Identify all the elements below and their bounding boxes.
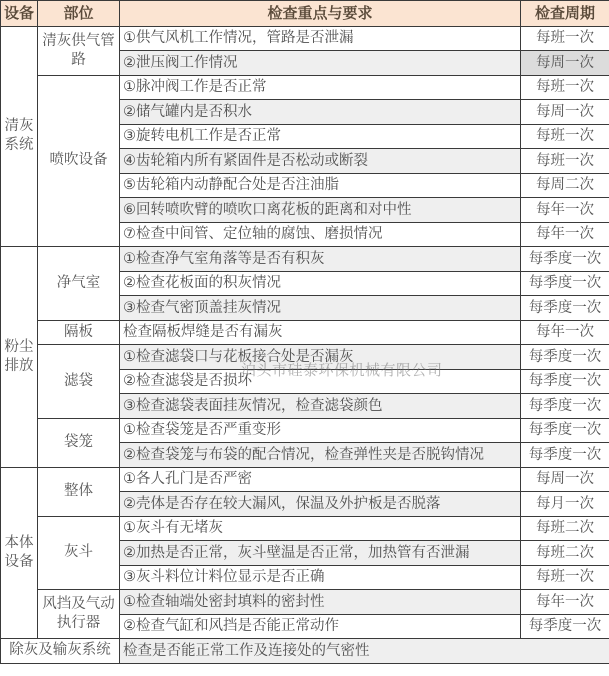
period-cell: 每班一次 (521, 149, 609, 174)
requirement-cell: ③旋转电机工作是否正常 (120, 124, 521, 149)
period-cell: 每班二次 (521, 516, 609, 541)
requirement-cell: ①检查净气室角落等是否有积灰 (120, 247, 521, 272)
part-cell: 清灰供气管路 (38, 26, 120, 75)
part-cell: 整体 (38, 467, 120, 516)
requirement-cell: 检查是否能正常工作及连接处的气密性 (120, 639, 609, 664)
requirement-cell: ①供气风机工作情况，管路是否泄漏 (120, 26, 521, 51)
requirement-cell: ③检查气密顶盖挂灰情况 (120, 296, 521, 321)
period-cell: 每季度一次 (521, 271, 609, 296)
period-cell: 每周二次 (521, 173, 609, 198)
requirement-cell: ①检查滤袋口与花板接合处是否漏灰 (120, 345, 521, 370)
requirement-cell: ①检查袋笼是否严重变形 (120, 418, 521, 443)
period-cell: 每季度一次 (521, 443, 609, 468)
period-cell: 每班一次 (521, 565, 609, 590)
device-cell: 粉尘排放 (1, 247, 38, 468)
part-cell: 袋笼 (38, 418, 120, 467)
requirement-cell: ⑦检查中间管、定位轴的腐蚀、磨损情况 (120, 222, 521, 247)
header-period: 检查周期 (521, 1, 609, 27)
period-cell: 每季度一次 (521, 369, 609, 394)
period-cell: 每年一次 (521, 320, 609, 345)
requirement-cell: ④齿轮箱内所有紧固件是否松动或断裂 (120, 149, 521, 174)
period-cell: 每月一次 (521, 492, 609, 517)
period-cell: 每班一次 (521, 124, 609, 149)
period-cell: 每年一次 (521, 590, 609, 615)
requirement-cell: ①检查轴端处密封填料的密封性 (120, 590, 521, 615)
requirement-cell: ①灰斗有无堵灰 (120, 516, 521, 541)
table-row: 滤袋 ①检查滤袋口与花板接合处是否漏灰 每季度一次 (1, 345, 609, 370)
header-device: 设备 (1, 1, 38, 27)
table-row: 清灰系统 清灰供气管路 ①供气风机工作情况，管路是否泄漏 每班一次 (1, 26, 609, 51)
period-cell: 每周一次 (521, 51, 609, 76)
part-cell: 风挡及气动执行器 (38, 590, 120, 639)
table-row: 除灰及输灰系统 检查是否能正常工作及连接处的气密性 (1, 639, 609, 664)
requirement-cell: ②加热是否正常，灰斗壁温是否正常，加热管有否泄漏 (120, 541, 521, 566)
period-cell: 每季度一次 (521, 345, 609, 370)
part-cell: 净气室 (38, 247, 120, 321)
period-cell: 每班一次 (521, 26, 609, 51)
period-cell: 每班一次 (521, 75, 609, 100)
period-cell: 每年一次 (521, 198, 609, 223)
table-row: 隔板 检查隔板焊缝是否有漏灰 每年一次 (1, 320, 609, 345)
part-cell: 隔板 (38, 320, 120, 345)
period-cell: 每季度一次 (521, 247, 609, 272)
requirement-cell: ②壳体是否存在较大漏风，保温及外护板是否脱落 (120, 492, 521, 517)
table-row: 袋笼 ①检查袋笼是否严重变形 每季度一次 (1, 418, 609, 443)
part-cell: 喷吹设备 (38, 75, 120, 247)
table-row: 灰斗 ①灰斗有无堵灰 每班二次 (1, 516, 609, 541)
requirement-cell: ②检查袋笼与布袋的配合情况，检查弹性夹是否脱钩情况 (120, 443, 521, 468)
header-part: 部位 (38, 1, 120, 27)
requirement-cell: ②检查滤袋是否损坏 (120, 369, 521, 394)
requirement-cell: 检查隔板焊缝是否有漏灰 (120, 320, 521, 345)
table-row: 粉尘排放 净气室 ①检查净气室角落等是否有积灰 每季度一次 (1, 247, 609, 272)
requirement-cell: ⑥回转喷吹臂的喷吹口离花板的距离和对中性 (120, 198, 521, 223)
period-cell: 每季度一次 (521, 614, 609, 639)
requirement-cell: ③灰斗料位计料位显示是否正确 (120, 565, 521, 590)
requirement-cell: ②储气罐内是否积水 (120, 100, 521, 125)
period-cell: 每季度一次 (521, 296, 609, 321)
period-cell: 每季度一次 (521, 418, 609, 443)
header-row: 设备 部位 检查重点与要求 检查周期 (1, 1, 609, 27)
table-row: 风挡及气动执行器 ①检查轴端处密封填料的密封性 每年一次 (1, 590, 609, 615)
part-cell: 滤袋 (38, 345, 120, 419)
period-cell: 每周一次 (521, 100, 609, 125)
period-cell: 每年一次 (521, 222, 609, 247)
period-cell: 每周一次 (521, 467, 609, 492)
requirement-cell: ③检查滤袋表面挂灰情况，检查滤袋颜色 (120, 394, 521, 419)
requirement-cell: ①各人孔门是否严密 (120, 467, 521, 492)
requirement-cell: ②检查气缸和风挡是否能正常动作 (120, 614, 521, 639)
table-row: 喷吹设备 ①脉冲阀工作是否正常 每班一次 (1, 75, 609, 100)
header-requirement: 检查重点与要求 (120, 1, 521, 27)
requirement-cell: ②检查花板面的积灰情况 (120, 271, 521, 296)
period-cell: 每季度一次 (521, 394, 609, 419)
device-cell: 本体设备 (1, 467, 38, 639)
table-row: 本体设备 整体 ①各人孔门是否严密 每周一次 (1, 467, 609, 492)
requirement-cell: ⑤齿轮箱内动静配合处是否注油脂 (120, 173, 521, 198)
inspection-table: 设备 部位 检查重点与要求 检查周期 清灰系统 清灰供气管路 ①供气风机工作情况… (0, 0, 609, 664)
system-cell: 除灰及输灰系统 (1, 639, 120, 664)
requirement-cell: ②泄压阀工作情况 (120, 51, 521, 76)
device-cell: 清灰系统 (1, 26, 38, 247)
period-cell: 每班二次 (521, 541, 609, 566)
requirement-cell: ①脉冲阀工作是否正常 (120, 75, 521, 100)
part-cell: 灰斗 (38, 516, 120, 590)
